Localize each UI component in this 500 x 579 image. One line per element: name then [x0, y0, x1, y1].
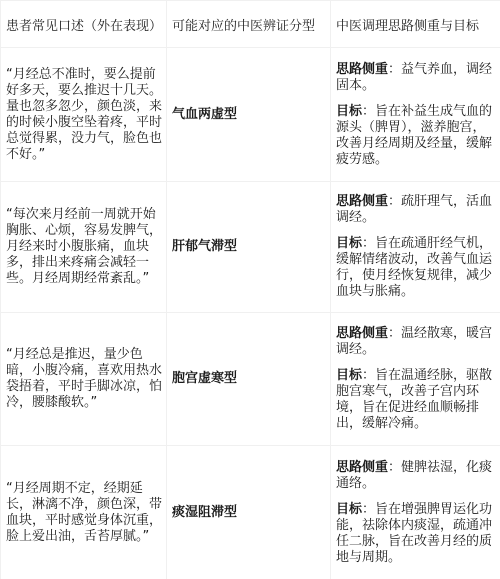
goal-line: 目标：旨在温通经脉，驱散胞宫寒气，改善子宫内环境，旨在促进经血顺畅排出，缓解冷痛… — [336, 368, 496, 432]
goal-label: 目标 — [336, 368, 362, 383]
syndrome-cell: 气血两虚型 — [167, 48, 331, 182]
focus-line: 思路侧重：疏肝理气，活血调经。 — [336, 194, 496, 226]
table-row: “月经总是推迟，量少色暗，小腹冷痛，喜欢用热水袋捂着，平时手脚冰凉，怕冷，腰膝酸… — [1, 313, 500, 446]
colon: ： — [388, 194, 401, 209]
table-row: “每次来月经前一周就开始胸胀、心烦，容易发脾气，月经来时小腹胀痛，血块多，排出来… — [1, 182, 500, 313]
focus-label: 思路侧重 — [336, 62, 388, 77]
focus-label: 思路侧重 — [336, 194, 388, 209]
approach-cell: 思路侧重：疏肝理气，活血调经。 目标：旨在疏通肝经气机，缓解情绪波动，改善气血运… — [331, 182, 500, 313]
header-complaint: 患者常见口述（外在表现） — [1, 1, 167, 48]
tcm-syndrome-table: 患者常见口述（外在表现） 可能对应的中医辨证分型 中医调理思路侧重与目标 “月经… — [0, 0, 500, 579]
table-row: “月经周期不定，经期延长，淋漓不净，颜色深，带血块，平时感觉身体沉重，脸上爱出油… — [1, 446, 500, 579]
complaint-cell: “每次来月经前一周就开始胸胀、心烦，容易发脾气，月经来时小腹胀痛，血块多，排出来… — [1, 182, 167, 313]
header-row: 患者常见口述（外在表现） 可能对应的中医辨证分型 中医调理思路侧重与目标 — [1, 1, 500, 48]
focus-line: 思路侧重：温经散寒，暖宫调经。 — [336, 326, 496, 358]
goal-line: 目标：旨在补益生成气血的源头（脾胃），滋养胞宫，改善月经周期及经量，缓解疲劳感。 — [336, 104, 496, 168]
focus-line: 思路侧重：健脾祛湿，化痰通络。 — [336, 460, 496, 492]
syndrome-cell: 痰湿阻滞型 — [167, 446, 331, 579]
goal-label: 目标 — [336, 236, 362, 251]
complaint-cell: “月经周期不定，经期延长，淋漓不净，颜色深，带血块，平时感觉身体沉重，脸上爱出油… — [1, 446, 167, 579]
colon: ： — [388, 460, 401, 475]
colon: ： — [362, 368, 375, 383]
colon: ： — [362, 236, 375, 251]
focus-label: 思路侧重 — [336, 460, 388, 475]
header-approach: 中医调理思路侧重与目标 — [331, 1, 500, 48]
complaint-cell: “月经总是推迟，量少色暗，小腹冷痛，喜欢用热水袋捂着，平时手脚冰凉，怕冷，腰膝酸… — [1, 313, 167, 446]
goal-label: 目标 — [336, 502, 362, 517]
focus-line: 思路侧重：益气养血，调经固本。 — [336, 62, 496, 94]
goal-label: 目标 — [336, 104, 362, 119]
colon: ： — [388, 326, 401, 341]
goal-line: 目标：旨在疏通肝经气机，缓解情绪波动，改善气血运行，使月经恢复规律，减少血块与胀… — [336, 236, 496, 300]
approach-cell: 思路侧重：益气养血，调经固本。 目标：旨在补益生成气血的源头（脾胃），滋养胞宫，… — [331, 48, 500, 182]
colon: ： — [388, 62, 401, 77]
goal-line: 目标：旨在增强脾胃运化功能，祛除体内痰湿，疏通冲任二脉，旨在改善月经的质地与周期… — [336, 502, 496, 566]
syndrome-cell: 胞宫虚寒型 — [167, 313, 331, 446]
approach-cell: 思路侧重：健脾祛湿，化痰通络。 目标：旨在增强脾胃运化功能，祛除体内痰湿，疏通冲… — [331, 446, 500, 579]
complaint-cell: “月经总不准时，要么提前好多天，要么推迟十几天。量也忽多忽少，颜色淡，来的时候小… — [1, 48, 167, 182]
colon: ： — [362, 104, 375, 119]
header-syndrome: 可能对应的中医辨证分型 — [167, 1, 331, 48]
syndrome-cell: 肝郁气滞型 — [167, 182, 331, 313]
approach-cell: 思路侧重：温经散寒，暖宫调经。 目标：旨在温通经脉，驱散胞宫寒气，改善子宫内环境… — [331, 313, 500, 446]
colon: ： — [362, 502, 375, 517]
focus-label: 思路侧重 — [336, 326, 388, 341]
table-row: “月经总不准时，要么提前好多天，要么推迟十几天。量也忽多忽少，颜色淡，来的时候小… — [1, 48, 500, 182]
